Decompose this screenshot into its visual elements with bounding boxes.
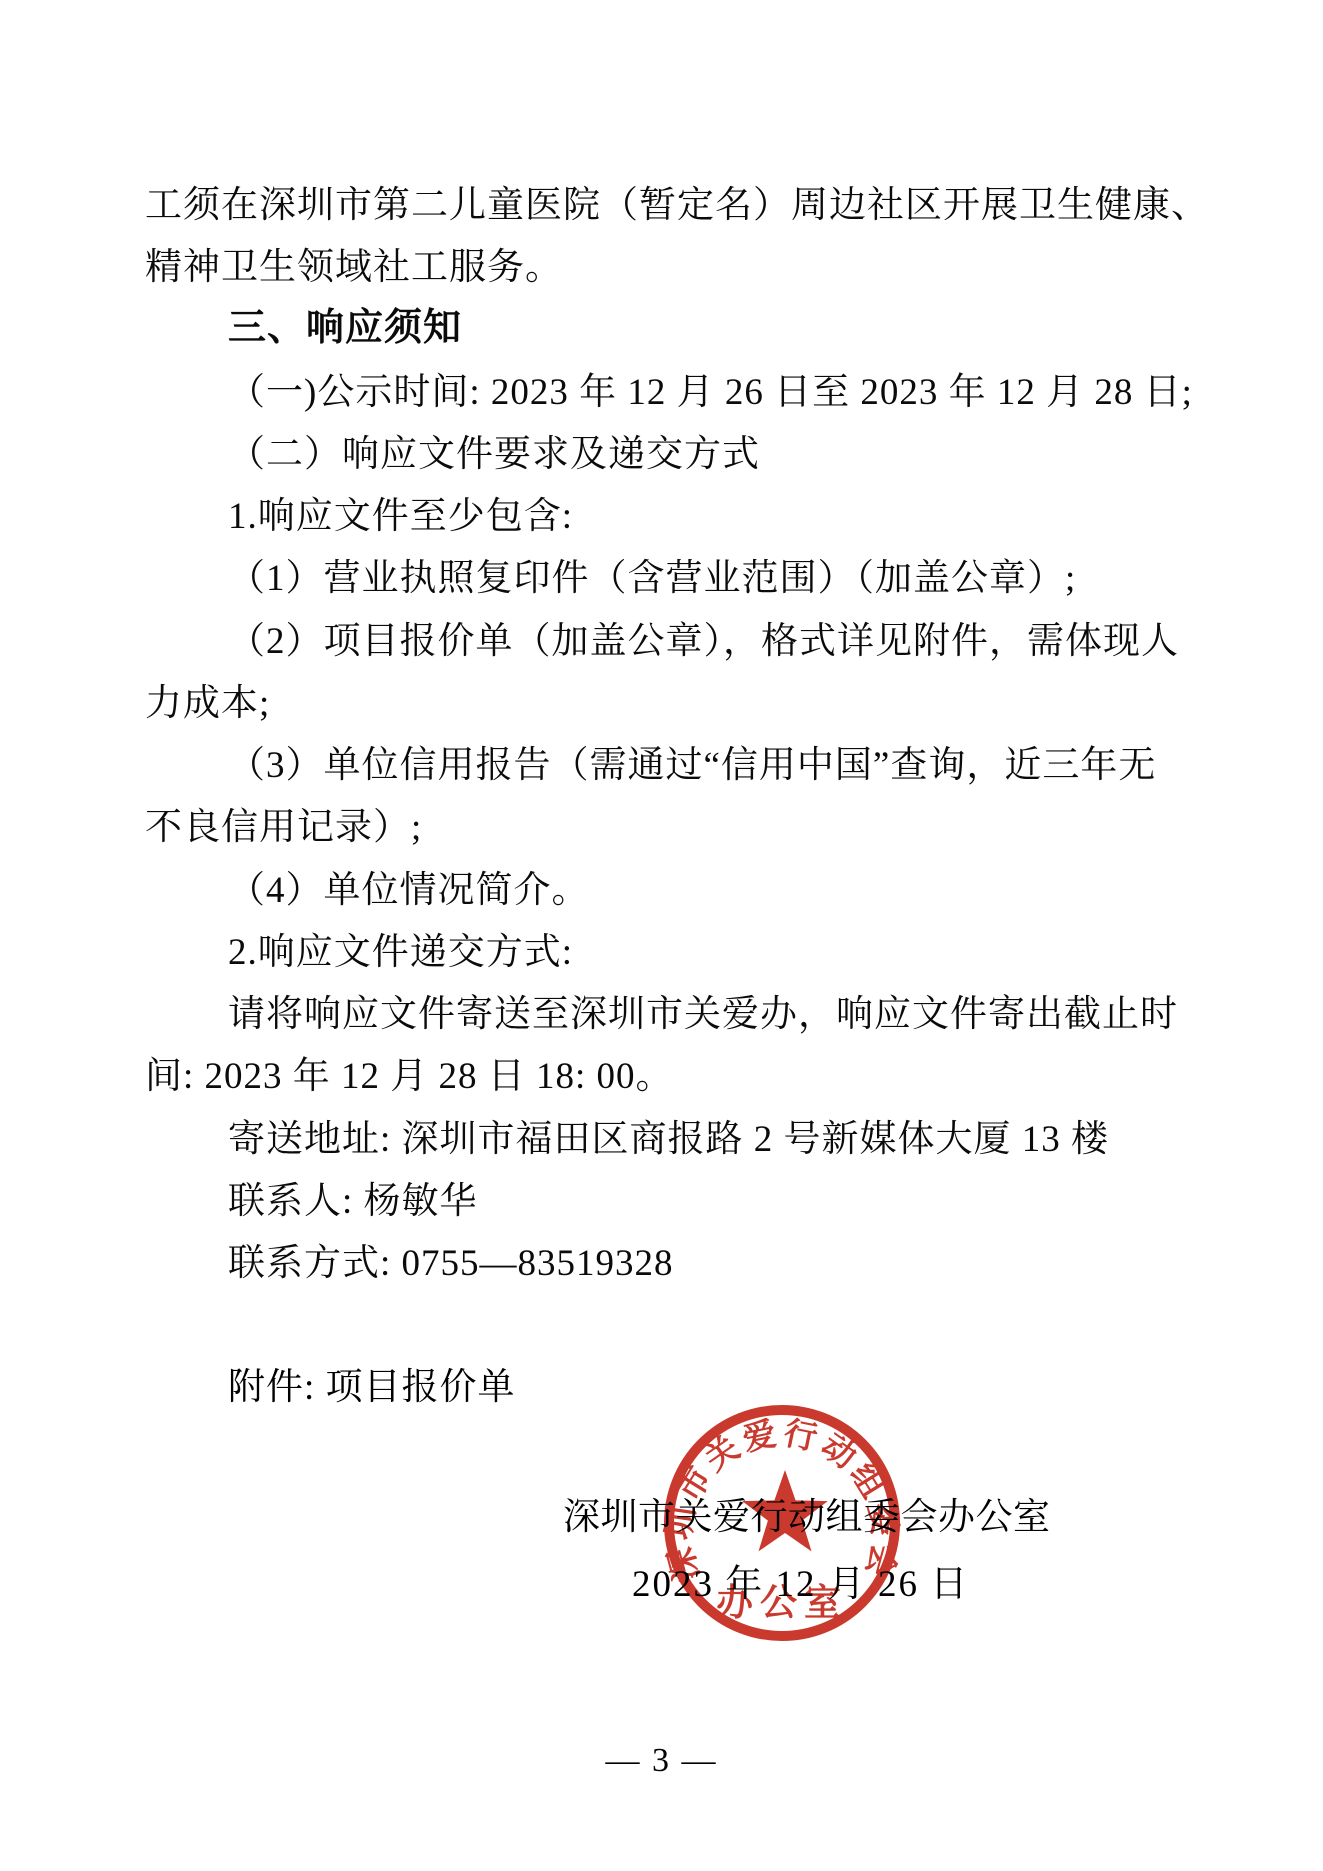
body-line: 工须在深圳市第二儿童医院（暂定名）周边社区开展卫生健康、	[145, 178, 1245, 234]
body-line: （一)公示时间: 2023 年 12 月 26 日至 2023 年 12 月 2…	[145, 365, 1323, 421]
attachment-line: 附件: 项目报价单	[228, 1356, 516, 1410]
body-line: 1.响应文件至少包含:	[145, 489, 1323, 545]
body-line: （二）响应文件要求及递交方式	[145, 427, 1323, 483]
body-line: 不良信用记录）;	[145, 800, 1245, 856]
body-line: （3）单位信用报告（需通过“信用中国”查询，近三年无	[145, 738, 1323, 794]
seal-bottom-text: 办公室	[716, 1582, 848, 1624]
page-number: — 3 —	[0, 1742, 1323, 1780]
body-line: 联系人: 杨敏华	[145, 1174, 1323, 1230]
body-line: （4）单位情况简介。	[145, 863, 1323, 919]
body-line: 间: 2023 年 12 月 28 日 18: 00。	[145, 1049, 1245, 1105]
body-line: 精神卫生领域社工服务。	[145, 240, 1245, 296]
body-line: 2.响应文件递交方式:	[145, 925, 1323, 981]
body-line: （1）营业执照复印件（含营业范围）（加盖公章）;	[145, 551, 1323, 607]
body-line: 力成本;	[145, 676, 1245, 732]
seal-star-icon	[742, 1470, 828, 1551]
section-heading: 三、响应须知	[145, 300, 1323, 356]
body-line: 寄送地址: 深圳市福田区商报路 2 号新媒体大厦 13 楼	[145, 1112, 1323, 1168]
official-seal-stamp: 深圳市关爱行动组委会 办公室	[652, 1393, 912, 1653]
document-page: 工须在深圳市第二儿童医院（暂定名）周边社区开展卫生健康、 精神卫生领域社工服务。…	[0, 0, 1323, 1871]
body-line: 请将响应文件寄送至深圳市关爱办，响应文件寄出截止时	[145, 987, 1323, 1043]
body-line: 联系方式: 0755—83519328	[145, 1236, 1323, 1292]
body-line: （2）项目报价单（加盖公章），格式详见附件，需体现人	[145, 614, 1323, 670]
